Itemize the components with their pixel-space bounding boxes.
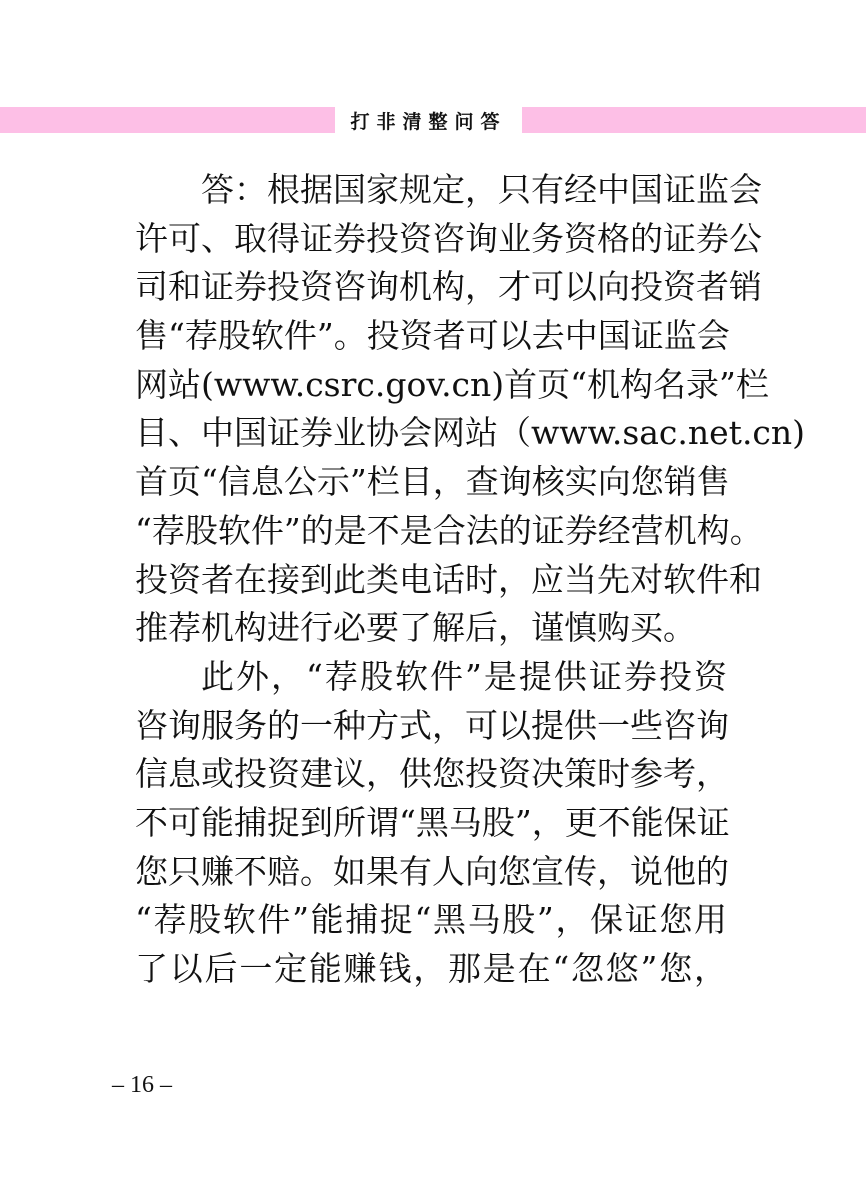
running-header-title: 打非清整问答 xyxy=(335,104,522,136)
text-line: 司和证券投资咨询机构，才可以向投资者销 xyxy=(135,263,727,312)
text-line: 许可、取得证券投资咨询业务资格的证券公 xyxy=(135,215,727,264)
text-line: 网站(www.csrc.gov.cn)首页“机构名录”栏 xyxy=(135,361,727,410)
text-line: 售“荐股软件”。投资者可以去中国证监会 xyxy=(135,312,727,361)
text-line: 推荐机构进行必要了解后，谨慎购买。 xyxy=(135,604,727,653)
text-line: 咨询服务的一种方式，可以提供一些咨询 xyxy=(135,702,727,751)
text-line: 首页“信息公示”栏目，查询核实向您销售 xyxy=(135,458,727,507)
text-line: 投资者在接到此类电话时，应当先对软件和 xyxy=(135,556,727,605)
text-line: “荐股软件”的是不是合法的证券经营机构。 xyxy=(135,507,727,556)
text-line: 不可能捕捉到所谓“黑马股”，更不能保证 xyxy=(135,799,727,848)
text-line: 您只赚不赔。如果有人向您宣传，说他的 xyxy=(135,848,727,897)
text-line: “荐股软件”能捕捉“黑马股”，保证您用 xyxy=(135,896,727,945)
page-number: – 16 – xyxy=(112,1072,172,1099)
text-line: 此外，“荐股软件”是提供证券投资 xyxy=(135,653,727,702)
page-body: 答：根据国家规定，只有经中国证监会 许可、取得证券投资咨询业务资格的证券公 司和… xyxy=(135,166,727,994)
paragraph-additional: 此外，“荐股软件”是提供证券投资 咨询服务的一种方式，可以提供一些咨询 信息或投… xyxy=(135,653,727,994)
text-line: 信息或投资建议，供您投资决策时参考， xyxy=(135,750,727,799)
text-line: 了以后一定能赚钱，那是在“忽悠”您， xyxy=(135,945,727,994)
header-band-left xyxy=(0,107,335,133)
text-line: 目、中国证券业协会网站（www.sac.net.cn) xyxy=(135,409,727,458)
paragraph-answer: 答：根据国家规定，只有经中国证监会 许可、取得证券投资咨询业务资格的证券公 司和… xyxy=(135,166,727,653)
header-band-right xyxy=(522,107,866,133)
text-line: 答：根据国家规定，只有经中国证监会 xyxy=(135,166,727,215)
